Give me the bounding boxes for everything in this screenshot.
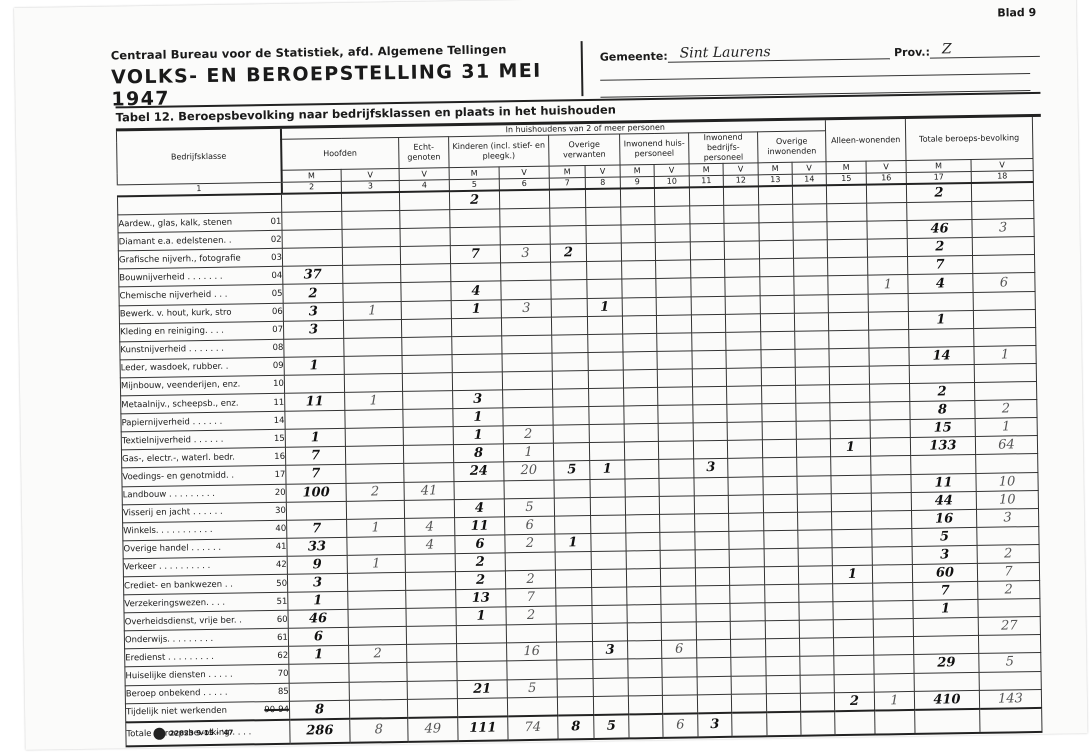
value-cell[interactable]: [832, 529, 872, 548]
value-cell[interactable]: [348, 609, 406, 628]
value-cell[interactable]: 7: [506, 588, 556, 607]
value-cell[interactable]: [344, 355, 402, 374]
value-cell[interactable]: [829, 330, 869, 349]
value-cell[interactable]: 1: [832, 565, 872, 584]
value-cell[interactable]: [343, 265, 401, 284]
value-cell[interactable]: [628, 677, 662, 696]
value-cell[interactable]: [502, 371, 552, 390]
value-cell[interactable]: [586, 225, 621, 244]
value-cell[interactable]: [501, 262, 551, 281]
value-cell[interactable]: [551, 280, 587, 299]
value-cell[interactable]: [765, 602, 799, 621]
value-cell[interactable]: [349, 663, 407, 682]
value-cell[interactable]: [728, 458, 763, 477]
value-cell[interactable]: [557, 696, 593, 715]
value-cell[interactable]: [868, 293, 908, 312]
value-cell[interactable]: [872, 546, 912, 565]
value-cell[interactable]: [403, 445, 453, 464]
value-cell[interactable]: [800, 692, 834, 711]
value-cell[interactable]: [766, 675, 800, 694]
value-cell[interactable]: [828, 276, 868, 295]
value-cell[interactable]: 3: [912, 545, 977, 564]
value-cell[interactable]: 41: [404, 481, 454, 500]
value-cell[interactable]: [763, 476, 797, 495]
value-cell[interactable]: [624, 387, 658, 406]
value-cell[interactable]: [591, 551, 626, 570]
value-cell[interactable]: [799, 620, 833, 639]
value-cell[interactable]: [724, 223, 759, 242]
value-cell[interactable]: [499, 190, 549, 209]
value-cell[interactable]: [800, 638, 834, 657]
value-cell[interactable]: [556, 588, 592, 607]
value-cell[interactable]: [624, 424, 658, 443]
value-cell[interactable]: [796, 439, 830, 458]
value-cell[interactable]: [451, 263, 501, 282]
value-cell[interactable]: [450, 209, 500, 228]
value-cell[interactable]: [399, 191, 449, 210]
value-cell[interactable]: [554, 479, 590, 498]
value-cell[interactable]: [763, 494, 797, 513]
value-cell[interactable]: [868, 257, 908, 276]
value-cell[interactable]: [625, 460, 659, 479]
prov-field[interactable]: Z: [930, 40, 1040, 59]
value-cell[interactable]: [971, 182, 1033, 202]
value-cell[interactable]: [977, 526, 1039, 545]
value-cell[interactable]: [661, 586, 696, 605]
value-cell[interactable]: [549, 189, 585, 208]
value-cell[interactable]: 7: [908, 256, 973, 275]
value-cell[interactable]: [694, 477, 728, 496]
value-cell[interactable]: 6: [505, 516, 555, 535]
value-cell[interactable]: [659, 495, 694, 514]
value-cell[interactable]: [833, 583, 873, 602]
value-cell[interactable]: [798, 530, 832, 549]
value-cell[interactable]: 11: [285, 392, 345, 411]
value-cell[interactable]: [874, 655, 914, 674]
value-cell[interactable]: [551, 262, 587, 281]
value-cell[interactable]: [343, 283, 401, 302]
value-cell[interactable]: 74: [508, 715, 558, 740]
value-cell[interactable]: [654, 187, 689, 206]
value-cell[interactable]: [870, 438, 910, 457]
value-cell[interactable]: [658, 405, 693, 424]
value-cell[interactable]: [909, 364, 974, 383]
value-cell[interactable]: [765, 620, 799, 639]
value-cell[interactable]: [797, 475, 831, 494]
value-cell[interactable]: 2: [349, 645, 407, 664]
value-cell[interactable]: [658, 387, 693, 406]
value-cell[interactable]: [729, 531, 764, 550]
value-cell[interactable]: [623, 333, 657, 352]
value-cell[interactable]: 3: [593, 641, 628, 660]
value-cell[interactable]: [827, 221, 867, 240]
value-cell[interactable]: [450, 227, 500, 246]
value-cell[interactable]: [873, 637, 913, 656]
value-cell[interactable]: [555, 569, 591, 588]
value-cell[interactable]: [795, 349, 829, 368]
value-cell[interactable]: [655, 224, 690, 243]
value-cell[interactable]: [795, 330, 829, 349]
value-cell[interactable]: [800, 674, 834, 693]
value-cell[interactable]: [658, 423, 693, 442]
value-cell[interactable]: [697, 640, 731, 659]
value-cell[interactable]: [623, 351, 657, 370]
value-cell[interactable]: [623, 369, 657, 388]
value-cell[interactable]: [557, 660, 593, 679]
value-cell[interactable]: [588, 334, 623, 353]
value-cell[interactable]: [349, 681, 407, 700]
value-cell[interactable]: [691, 296, 725, 315]
value-cell[interactable]: [871, 474, 911, 493]
value-cell[interactable]: [792, 185, 826, 204]
value-cell[interactable]: [693, 423, 727, 442]
value-cell[interactable]: [660, 550, 695, 569]
value-cell[interactable]: [452, 354, 502, 373]
value-cell[interactable]: [349, 699, 407, 719]
value-cell[interactable]: [693, 441, 727, 460]
value-cell[interactable]: 3: [698, 713, 732, 738]
value-cell[interactable]: 4: [454, 498, 504, 517]
value-cell[interactable]: 10: [976, 490, 1038, 509]
value-cell[interactable]: [826, 185, 866, 204]
value-cell[interactable]: 27: [978, 617, 1040, 636]
value-cell[interactable]: [690, 205, 724, 224]
value-cell[interactable]: 5: [554, 461, 590, 480]
value-cell[interactable]: [657, 333, 692, 352]
value-cell[interactable]: [400, 246, 450, 265]
value-cell[interactable]: [869, 329, 909, 348]
value-cell[interactable]: [793, 222, 827, 241]
value-cell[interactable]: [346, 464, 404, 483]
value-cell[interactable]: [554, 497, 590, 516]
value-cell[interactable]: [590, 497, 625, 516]
value-cell[interactable]: [830, 420, 870, 439]
value-cell[interactable]: [622, 315, 656, 334]
value-cell[interactable]: [834, 674, 874, 693]
value-cell[interactable]: [760, 295, 794, 314]
value-cell[interactable]: [284, 338, 344, 357]
value-cell[interactable]: [764, 548, 798, 567]
value-cell[interactable]: [402, 373, 452, 392]
value-cell[interactable]: [980, 708, 1042, 733]
value-cell[interactable]: [345, 446, 403, 465]
value-cell[interactable]: 21: [457, 679, 507, 698]
value-cell[interactable]: [401, 264, 451, 283]
value-cell[interactable]: [830, 384, 870, 403]
value-cell[interactable]: [624, 442, 658, 461]
value-cell[interactable]: [973, 309, 1035, 328]
value-cell[interactable]: [832, 547, 872, 566]
value-cell[interactable]: [831, 475, 871, 494]
value-cell[interactable]: [401, 282, 451, 301]
value-cell[interactable]: [656, 278, 691, 297]
value-cell[interactable]: [766, 657, 800, 676]
value-cell[interactable]: 1: [913, 600, 978, 619]
value-cell[interactable]: [503, 407, 553, 426]
value-cell[interactable]: [590, 478, 625, 497]
value-cell[interactable]: [728, 476, 763, 495]
value-cell[interactable]: [657, 369, 692, 388]
value-cell[interactable]: 7: [977, 562, 1039, 581]
value-cell[interactable]: [628, 659, 662, 678]
value-cell[interactable]: 1: [453, 426, 503, 445]
value-cell[interactable]: [586, 207, 621, 226]
value-cell[interactable]: [796, 385, 830, 404]
value-cell[interactable]: [629, 714, 663, 739]
value-cell[interactable]: [759, 204, 793, 223]
value-cell[interactable]: 6: [288, 628, 348, 647]
value-cell[interactable]: [348, 590, 406, 609]
value-cell[interactable]: [725, 295, 760, 314]
value-cell[interactable]: [696, 622, 730, 641]
value-cell[interactable]: 8: [558, 715, 594, 740]
value-cell[interactable]: [502, 353, 552, 372]
value-cell[interactable]: [760, 259, 794, 278]
value-cell[interactable]: [729, 549, 764, 568]
value-cell[interactable]: [730, 585, 765, 604]
value-cell[interactable]: 4: [405, 535, 455, 554]
value-cell[interactable]: [457, 697, 507, 716]
value-cell[interactable]: [591, 533, 626, 552]
value-cell[interactable]: [591, 569, 626, 588]
value-cell[interactable]: [589, 442, 624, 461]
value-cell[interactable]: [656, 296, 691, 315]
value-cell[interactable]: [794, 276, 828, 295]
value-cell[interactable]: 60: [912, 563, 977, 582]
value-cell[interactable]: [587, 261, 622, 280]
value-cell[interactable]: [457, 661, 507, 680]
value-cell[interactable]: [695, 513, 729, 532]
value-cell[interactable]: [586, 243, 621, 262]
value-cell[interactable]: [692, 332, 726, 351]
value-cell[interactable]: [403, 409, 453, 428]
value-cell[interactable]: [831, 457, 871, 476]
value-cell[interactable]: [556, 606, 592, 625]
value-cell[interactable]: 1: [347, 518, 405, 537]
value-cell[interactable]: 2: [449, 190, 499, 209]
value-cell[interactable]: [867, 239, 907, 258]
value-cell[interactable]: [659, 477, 694, 496]
value-cell[interactable]: [346, 500, 404, 519]
value-cell[interactable]: [761, 349, 795, 368]
value-cell[interactable]: 1: [868, 275, 908, 294]
value-cell[interactable]: [697, 658, 731, 677]
value-cell[interactable]: [762, 421, 796, 440]
value-cell[interactable]: [407, 698, 457, 717]
value-cell[interactable]: [913, 636, 978, 655]
value-cell[interactable]: 2: [550, 244, 586, 263]
value-cell[interactable]: [978, 635, 1040, 654]
value-cell[interactable]: [867, 221, 907, 240]
value-cell[interactable]: [866, 184, 906, 203]
value-cell[interactable]: 20: [504, 461, 554, 480]
value-cell[interactable]: 3: [287, 573, 347, 592]
value-cell[interactable]: [979, 671, 1041, 690]
value-cell[interactable]: [626, 514, 660, 533]
value-cell[interactable]: [830, 402, 870, 421]
value-cell[interactable]: [731, 693, 766, 712]
value-cell[interactable]: [402, 336, 452, 355]
value-cell[interactable]: [403, 427, 453, 446]
value-cell[interactable]: 2: [978, 581, 1040, 600]
value-cell[interactable]: [828, 294, 868, 313]
value-cell[interactable]: [660, 568, 695, 587]
value-cell[interactable]: [728, 494, 763, 513]
value-cell[interactable]: 7: [287, 519, 347, 538]
value-cell[interactable]: [870, 402, 910, 421]
value-cell[interactable]: [913, 618, 978, 637]
value-cell[interactable]: [766, 639, 800, 658]
value-cell[interactable]: 1: [285, 429, 345, 448]
value-cell[interactable]: [588, 370, 623, 389]
value-cell[interactable]: 2: [455, 553, 505, 572]
value-cell[interactable]: 100: [286, 483, 346, 502]
value-cell[interactable]: [452, 336, 502, 355]
value-cell[interactable]: [556, 624, 592, 643]
value-cell[interactable]: [797, 457, 831, 476]
value-cell[interactable]: [730, 621, 765, 640]
value-cell[interactable]: [348, 627, 406, 646]
value-cell[interactable]: [591, 515, 626, 534]
value-cell[interactable]: [400, 210, 450, 229]
value-cell[interactable]: [589, 388, 624, 407]
value-cell[interactable]: [345, 410, 403, 429]
value-cell[interactable]: [874, 673, 914, 692]
value-cell[interactable]: 2: [975, 400, 1037, 419]
value-cell[interactable]: [725, 277, 760, 296]
value-cell[interactable]: [972, 201, 1034, 220]
value-cell[interactable]: [798, 511, 832, 530]
value-cell[interactable]: [500, 208, 550, 227]
value-cell[interactable]: [505, 552, 555, 571]
value-cell[interactable]: [622, 297, 656, 316]
value-cell[interactable]: [868, 311, 908, 330]
value-cell[interactable]: [284, 374, 344, 393]
value-cell[interactable]: [405, 554, 455, 573]
value-cell[interactable]: 4: [451, 281, 501, 300]
value-cell[interactable]: [342, 211, 400, 230]
value-cell[interactable]: [689, 187, 723, 206]
value-cell[interactable]: [626, 568, 660, 587]
value-cell[interactable]: [729, 567, 764, 586]
value-cell[interactable]: [827, 203, 867, 222]
value-cell[interactable]: 7: [450, 245, 500, 264]
value-cell[interactable]: 8: [350, 718, 408, 743]
value-cell[interactable]: [553, 443, 589, 462]
value-cell[interactable]: [975, 382, 1037, 401]
value-cell[interactable]: 7: [285, 447, 345, 466]
value-cell[interactable]: 4: [405, 517, 455, 536]
value-cell[interactable]: [909, 328, 974, 347]
value-cell[interactable]: [797, 493, 831, 512]
value-cell[interactable]: [833, 619, 873, 638]
value-cell[interactable]: [289, 664, 349, 683]
value-cell[interactable]: [732, 712, 767, 737]
value-cell[interactable]: [656, 315, 691, 334]
value-cell[interactable]: [454, 480, 504, 499]
value-cell[interactable]: [406, 626, 456, 645]
value-cell[interactable]: [407, 662, 457, 681]
value-cell[interactable]: [727, 404, 762, 423]
value-cell[interactable]: [552, 334, 588, 353]
value-cell[interactable]: [763, 458, 797, 477]
value-cell[interactable]: 3: [976, 508, 1038, 527]
value-cell[interactable]: [724, 241, 759, 260]
value-cell[interactable]: [626, 532, 660, 551]
gemeente-field[interactable]: Sint Laurens: [668, 42, 891, 62]
value-cell[interactable]: [978, 599, 1040, 618]
value-cell[interactable]: 46: [288, 609, 348, 628]
value-cell[interactable]: [627, 605, 661, 624]
value-cell[interactable]: 4: [908, 274, 973, 293]
value-cell[interactable]: [628, 695, 662, 714]
value-cell[interactable]: [873, 619, 913, 638]
value-cell[interactable]: 15: [910, 419, 975, 438]
value-cell[interactable]: [794, 294, 828, 313]
value-cell[interactable]: [873, 601, 913, 620]
value-cell[interactable]: [870, 384, 910, 403]
value-cell[interactable]: [342, 229, 400, 248]
value-cell[interactable]: [592, 623, 627, 642]
value-cell[interactable]: 13: [456, 589, 506, 608]
value-cell[interactable]: [456, 625, 506, 644]
value-cell[interactable]: [501, 317, 551, 336]
value-cell[interactable]: [869, 347, 909, 366]
value-cell[interactable]: [729, 512, 764, 531]
value-cell[interactable]: 11: [911, 473, 976, 492]
value-cell[interactable]: 5: [504, 498, 554, 517]
value-cell[interactable]: [726, 332, 761, 351]
value-cell[interactable]: [621, 225, 655, 244]
value-cell[interactable]: [727, 386, 762, 405]
value-cell[interactable]: [758, 186, 792, 205]
value-cell[interactable]: 24: [454, 462, 504, 481]
value-cell[interactable]: 44: [911, 491, 976, 510]
value-cell[interactable]: [407, 680, 457, 699]
value-cell[interactable]: [695, 531, 729, 550]
value-cell[interactable]: 2: [834, 692, 874, 711]
value-cell[interactable]: [552, 370, 588, 389]
value-cell[interactable]: [553, 425, 589, 444]
value-cell[interactable]: [727, 440, 762, 459]
value-cell[interactable]: [801, 711, 835, 736]
value-cell[interactable]: 1: [555, 533, 591, 552]
value-cell[interactable]: [282, 211, 342, 230]
value-cell[interactable]: [622, 279, 656, 298]
value-cell[interactable]: [345, 428, 403, 447]
value-cell[interactable]: [694, 495, 728, 514]
value-cell[interactable]: [915, 709, 980, 734]
value-cell[interactable]: [767, 711, 801, 736]
value-cell[interactable]: [403, 391, 453, 410]
value-cell[interactable]: [507, 697, 557, 716]
value-cell[interactable]: [555, 515, 591, 534]
value-cell[interactable]: [627, 586, 661, 605]
value-cell[interactable]: 1: [284, 356, 344, 375]
value-cell[interactable]: [764, 530, 798, 549]
value-cell[interactable]: [690, 224, 724, 243]
value-cell[interactable]: [794, 312, 828, 331]
value-cell[interactable]: 2: [910, 382, 975, 401]
value-cell[interactable]: 1: [456, 607, 506, 626]
value-cell[interactable]: [406, 608, 456, 627]
value-cell[interactable]: 7: [286, 465, 346, 484]
value-cell[interactable]: [973, 255, 1035, 274]
value-cell[interactable]: [592, 587, 627, 606]
value-cell[interactable]: 1: [503, 443, 553, 462]
value-cell[interactable]: [289, 682, 349, 701]
value-cell[interactable]: 5: [912, 527, 977, 546]
